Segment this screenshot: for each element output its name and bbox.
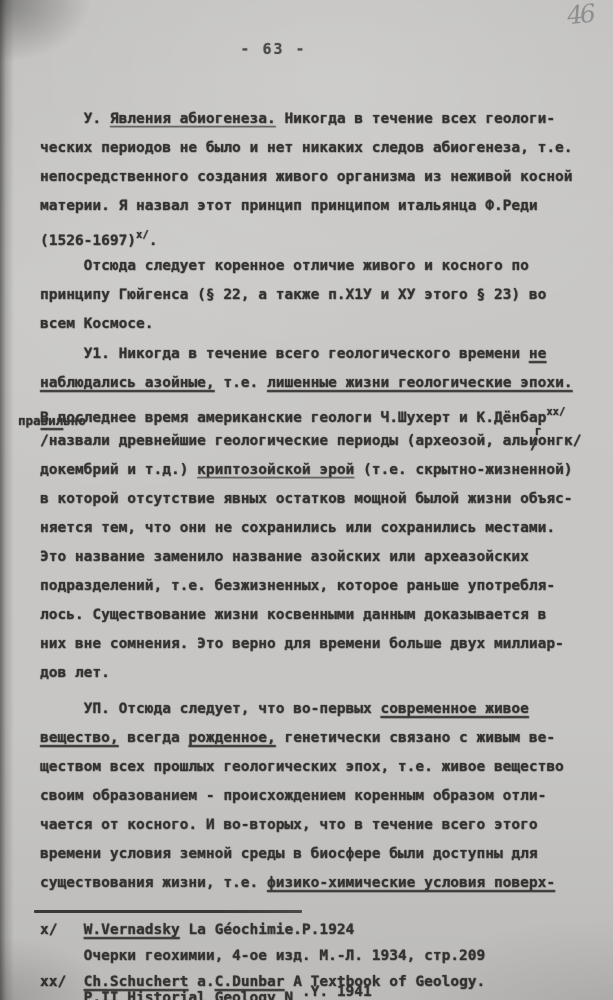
page-scan: 46 - 63 - У. Явления абиогенеза. Никогда…	[0, 0, 613, 1000]
text-segment: хх/	[546, 406, 565, 418]
text-segment: дов лет.	[40, 665, 110, 681]
text-segment: чается от косного. И во-вторых, что в те…	[40, 817, 538, 833]
text-segment: a.	[188, 974, 214, 990]
text-segment: Никогда в течение всех геологи-	[276, 111, 555, 127]
text-segment: них вне сомнения. Это верно для времени …	[40, 636, 564, 652]
page-number: - 63 -	[0, 40, 580, 58]
text-line: (1526-1697)х/.	[40, 221, 599, 250]
text-segment: х/	[136, 229, 149, 241]
text-segment: хх/	[40, 974, 84, 990]
text-line: наблюдались азойные, т.е. лишенные жизни…	[40, 369, 599, 398]
text-line: няется тем, что они не сохранились или с…	[40, 514, 599, 543]
text-segment: лось. Существование жизни косвенными дан…	[40, 607, 546, 623]
text-line: В последнее время американские геологи Ч…	[40, 398, 599, 427]
text-segment: докембрий и т.д.)	[40, 462, 197, 478]
text-segment: В последнее время американские геологи Ч…	[40, 410, 546, 426]
text-line: чается от косного. И во-вторых, что в те…	[40, 811, 599, 840]
text-segment: УП. Отсюда следует, что во-первых	[40, 701, 380, 717]
text-line: всем Космосе.	[40, 310, 599, 339]
text-segment: Очерки геохимии, 4-ое изд. М.-Л. 1934, с…	[40, 948, 485, 964]
text-segment: существования жизни, т.е.	[40, 875, 267, 891]
text-line: Очерки геохимии, 4-ое изд. М.-Л. 1934, с…	[40, 943, 599, 969]
text-line: лось. Существование жизни косвенными дан…	[40, 601, 599, 630]
text-segment: У.	[40, 111, 110, 127]
text-segment: своим образованием - происхождением коре…	[40, 788, 546, 804]
text-segment: времени условия земной среды в биосфере …	[40, 846, 538, 862]
text-segment: ществом всех прошлых геологических эпох,…	[40, 759, 564, 775]
text-line: дов лет.	[40, 659, 599, 688]
text-segment: ьно	[63, 413, 86, 428]
text-line: непосредственного создания живого органи…	[40, 163, 599, 192]
text-segment: современное живое	[380, 701, 528, 717]
text-segment: .	[149, 233, 158, 249]
text-line: вещество, всегда рожденное, генетически …	[40, 724, 599, 753]
text-line: Это название заменило название азойских …	[40, 543, 599, 572]
text-line: УП. Отсюда следует, что во-первых соврем…	[40, 695, 599, 724]
text-segment: няется тем, что они не сохранились или с…	[40, 520, 555, 536]
text-segment: подразделений, т.е. безжизненных, которо…	[40, 578, 555, 594]
text-segment: онгк/	[538, 433, 582, 449]
text-line: У. Явления абиогенеза. Никогда в течение…	[40, 105, 599, 134]
text-segment: La Géochimie.P.1924	[180, 922, 355, 938]
text-line: P.II Historial Geology N .Y. 1941	[40, 990, 599, 1000]
text-segment: /назвали древнейшие геологические период…	[40, 433, 529, 449]
paragraph: Отсюда следует коренное отличие живого и…	[40, 252, 599, 339]
paragraph: У. Явления абиогенеза. Никогда в течение…	[40, 105, 599, 250]
text-segment: ческих периодов не было и нет никаких сл…	[40, 140, 573, 156]
text-segment: лишенные жизни геологические эпохи.	[267, 375, 573, 391]
text-line: докембрий и т.д.) криптозойской эрой (т.…	[40, 456, 599, 485]
text-segment: непосредственного создания живого органи…	[40, 169, 573, 185]
text-segment: Отсюда следует коренное отличие живого и…	[40, 258, 529, 274]
paragraph: УП. Отсюда следует, что во-первых соврем…	[40, 695, 599, 898]
text-segment: Это название заменило название азойских …	[40, 549, 529, 565]
text-segment: Ch.Schuchert	[84, 974, 189, 990]
handwritten-page-number: 46	[566, 0, 595, 30]
footnotes-container: х/ W.Vernadsky La Géochimie.P.1924 Очерк…	[40, 917, 599, 1000]
text-segment: в которой отсутствие явных остатков мощн…	[40, 491, 573, 507]
text-segment: W.Vernadsky	[84, 922, 180, 938]
text-segment: всегда	[119, 730, 189, 746]
paragraphs-container: У. Явления абиогенеза. Никогда в течение…	[40, 105, 599, 898]
text-line: времени условия земной среды в биосфере …	[40, 840, 599, 869]
text-line: в которой отсутствие явных остатков мощн…	[40, 485, 599, 514]
text-segment: вил	[41, 413, 64, 428]
text-segment: криптозойской эрой	[197, 462, 354, 478]
text-segment: генетически связано с живым ве-	[276, 730, 555, 746]
text-line: Отсюда следует коренное отличие живого и…	[40, 252, 599, 281]
footnote-separator	[34, 910, 302, 913]
text-segment: рожденное,	[188, 730, 275, 746]
text-segment: У1. Никогда в течение всего геологическо…	[40, 346, 529, 362]
text-line: своим образованием - происхождением коре…	[40, 782, 599, 811]
text-segment: вещество,	[40, 730, 119, 746]
text-segment: наблюдались азойные,	[40, 375, 215, 391]
text-line: х/ W.Vernadsky La Géochimie.P.1924	[40, 917, 599, 943]
text-segment: пра	[18, 413, 41, 428]
text-segment: всем Космосе.	[40, 316, 154, 332]
paragraph: У1. Никогда в течение всего геологическо…	[40, 340, 599, 688]
text-line: них вне сомнения. Это верно для времени …	[40, 630, 599, 659]
text-line: ществом всех прошлых геологических эпох,…	[40, 753, 599, 782]
text-segment: принципу Гюйгенса (§ 22, а также п.Х1У и…	[40, 287, 546, 303]
text-segment: физико-химические условия поверх-	[267, 875, 555, 891]
text-segment: г	[535, 417, 542, 446]
text-segment: т.е.	[215, 375, 267, 391]
text-segment: (1526-1697)	[40, 233, 136, 249]
text-line: /назвали древнейшие геологические период…	[40, 427, 599, 456]
text-segment: C.Dunbar	[215, 974, 285, 990]
text-segment: .Y. 1941	[302, 984, 372, 1000]
text-segment: материи. Я назвал этот принцип принципом…	[40, 198, 538, 214]
text-segment: х/	[40, 922, 84, 938]
text-segment: Явления абиогенеза.	[110, 111, 276, 127]
text-line: существования жизни, т.е. физико-химичес…	[40, 869, 599, 898]
text-line: У1. Никогда в течение всего геологическо…	[40, 340, 599, 369]
text-line: принципу Гюйгенса (§ 22, а также п.Х1У и…	[40, 281, 599, 310]
text-segment: P.II Historial Geology N	[40, 990, 302, 1000]
text-line: подразделений, т.е. безжизненных, которо…	[40, 572, 599, 601]
text-segment: не	[529, 346, 546, 362]
text-line: материи. Я назвал этот принцип принципом…	[40, 192, 599, 221]
text-segment: (т.е. скрытно-жизненной)	[354, 462, 572, 478]
text-line: ческих периодов не было и нет никаких сл…	[40, 134, 599, 163]
page-body: У. Явления абиогенеза. Никогда в течение…	[40, 103, 599, 1000]
